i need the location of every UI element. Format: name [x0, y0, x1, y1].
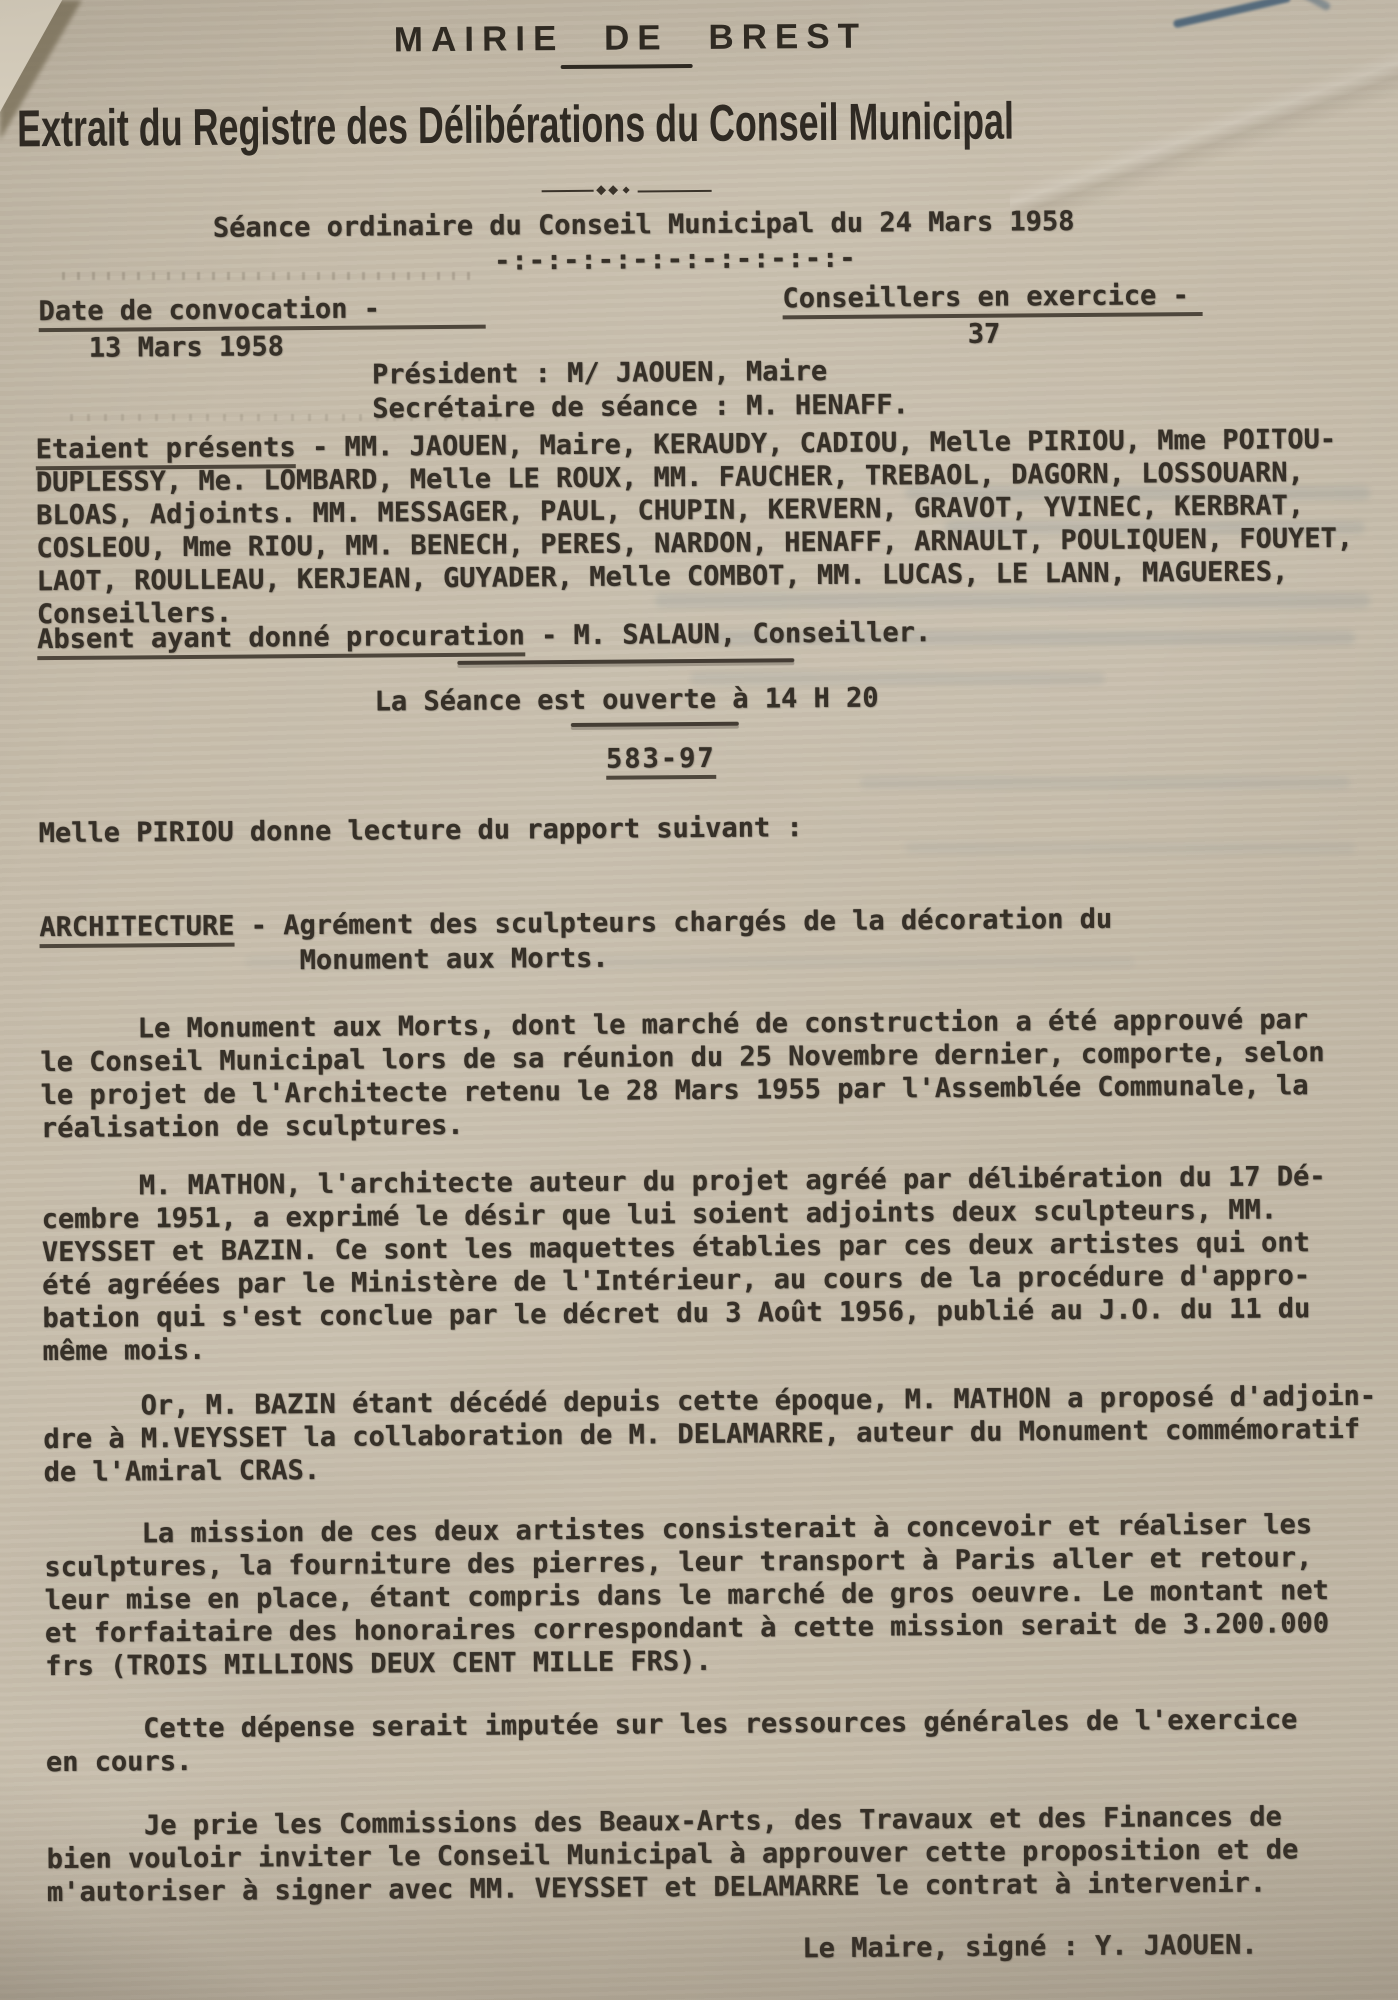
councillors-count: 37 — [968, 318, 1001, 351]
opening-line: La Séance est ouverte à 14 H 20 — [375, 682, 879, 719]
subject-rest: - Agrément des sculpteurs chargés de la … — [234, 904, 1112, 942]
councillors-label: Conseillers en exercice - — [782, 279, 1203, 315]
convocation-label: Date de convocation - — [38, 292, 486, 329]
dash-separator: -:-:-:-:-:-:-:-:-:-:- — [494, 242, 857, 278]
subject-line-2: Monument aux Morts. — [300, 942, 609, 977]
president-line: Président : M/ JAOUEN, Maire — [372, 355, 827, 392]
signature-line: Le Maire, signé : Y. JAOUEN. — [802, 1929, 1257, 1966]
convocation-date: 13 Mars 1958 — [89, 330, 284, 365]
document-title: Extrait du Registre des Délibérations du… — [17, 92, 1014, 160]
subject-line: ARCHITECTURE - Agrément des sculpteurs c… — [39, 903, 1112, 944]
document-content: MAIRIE DE BREST Extrait du Registre des … — [0, 0, 1398, 2000]
paragraph-2: M. MATHON, l'architecte auteur du projet… — [41, 1160, 1327, 1368]
attendees-paragraph: Etaient présents - MM. JAOUEN, Maire, KE… — [36, 423, 1354, 631]
absent-line: Absent ayant donné procuration - M. SALA… — [37, 616, 931, 656]
title-ornament — [542, 186, 712, 195]
session-line: Séance ordinaire du Conseil Municipal du… — [213, 205, 1075, 245]
paragraph-4: La mission de ces deux artistes consiste… — [44, 1508, 1329, 1683]
subject-label: ARCHITECTURE — [39, 911, 234, 949]
paragraph-5: Cette dépense serait imputée sur les res… — [46, 1703, 1298, 1779]
secretary-line: Secrétaire de séance : M. HENAFF. — [372, 388, 909, 425]
separator-line — [571, 722, 739, 727]
report-intro: Melle PIRIOU donne lecture du rapport su… — [39, 811, 803, 850]
separator-line — [457, 658, 794, 665]
letterhead: MAIRIE DE BREST — [0, 13, 1269, 63]
paragraph-6: Je prie les Commissions des Beaux-Arts, … — [46, 1800, 1298, 1909]
deliberation-number: 583-97 — [606, 742, 716, 776]
paragraph-1: Le Monument aux Morts, dont le marché de… — [40, 1003, 1325, 1145]
paragraph-3: Or, M. BAZIN étant décédé depuis cette é… — [43, 1380, 1377, 1489]
document-page: MAIRIE DE BREST Extrait du Registre des … — [0, 0, 1398, 2000]
letterhead-rule — [561, 64, 693, 69]
